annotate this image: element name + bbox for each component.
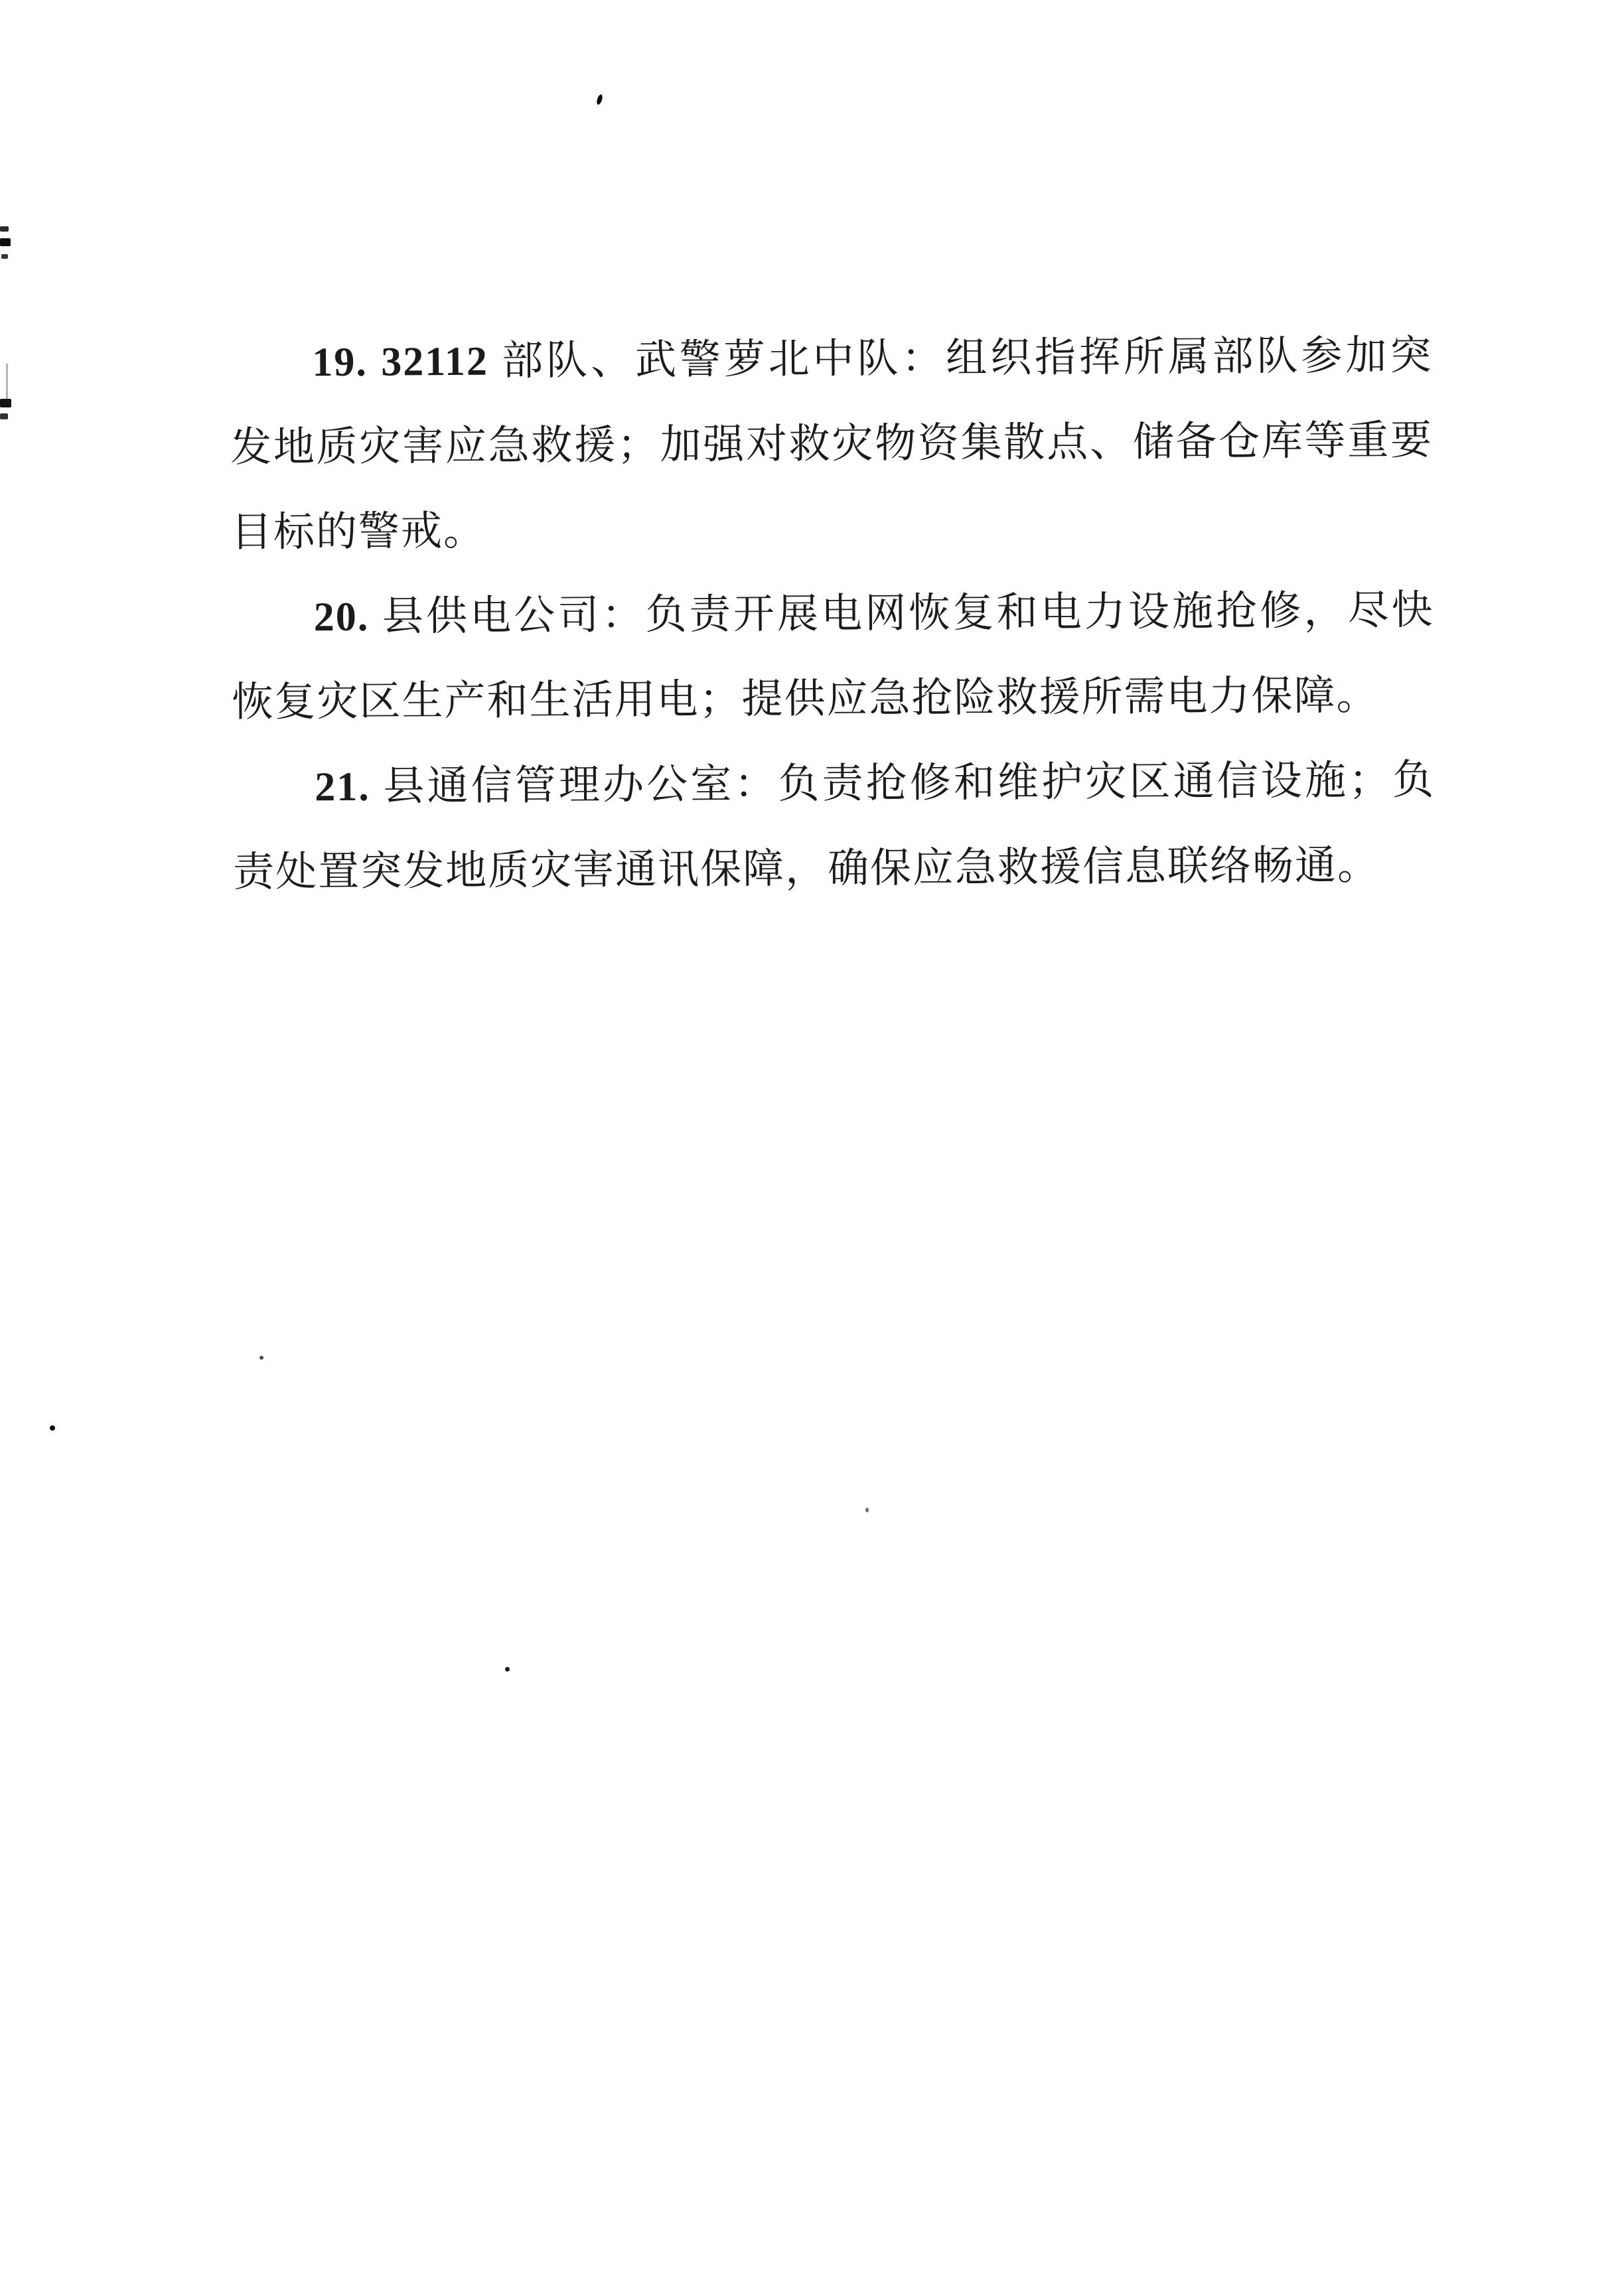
line-text: 目标的警戒。: [231, 509, 486, 555]
paragraph-19-line-1: 19. 32112 部队、武警萝北中队：组织指挥所属部队参加突: [230, 313, 1433, 405]
paragraph-21-line-2: 责处置突发地质灾害通讯保障，确保应急救援信息联络畅通。: [233, 823, 1436, 915]
line-text: 发地质灾害应急救援；加强对救灾物资集散点、储备仓库等重要: [230, 418, 1433, 470]
paragraph-20-line-2: 恢复灾区生产和生活用电；提供应急抢险救援所需电力保障。: [232, 653, 1435, 745]
scan-edge-line: [6, 364, 8, 401]
list-number-21: 21.: [315, 764, 384, 810]
line-text: 部队、武警萝北中队：组织指挥所属部队参加突: [502, 333, 1432, 384]
scan-speck: [259, 1356, 263, 1360]
scan-speck: [50, 1425, 55, 1431]
paragraph-19-line-2: 发地质灾害应急救援；加强对救灾物资集散点、储备仓库等重要: [230, 398, 1433, 490]
scan-speck-top: [596, 94, 604, 105]
scan-edge-mark: [0, 413, 8, 419]
list-number-20: 20.: [314, 595, 383, 640]
scan-edge-mark: [0, 399, 11, 407]
scan-edge-mark: [0, 238, 11, 246]
line-text: 县通信管理办公室：负责抢修和维护灾区通信设施；负: [383, 758, 1435, 810]
paragraph-21-line-1: 21. 县通信管理办公室：负责抢修和维护灾区通信设施；负: [232, 738, 1435, 830]
list-number-19: 19. 32112: [312, 338, 502, 385]
paragraph-20-line-1: 20. 县供电公司：负责开展电网恢复和电力设施抢修，尽快: [231, 568, 1434, 660]
line-text: 责处置突发地质灾害通讯保障，确保应急救援信息联络畅通。: [233, 843, 1380, 895]
paragraph-19-line-3: 目标的警戒。: [231, 483, 1434, 575]
document-body: 19. 32112 部队、武警萝北中队：组织指挥所属部队参加突 发地质灾害应急救…: [230, 313, 1435, 915]
scan-edge-mark: [1, 254, 8, 259]
line-text: 恢复灾区生产和生活用电；提供应急抢险救援所需电力保障。: [232, 673, 1378, 725]
scanned-document-page: 19. 32112 部队、武警萝北中队：组织指挥所属部队参加突 发地质灾害应急救…: [0, 0, 1614, 2296]
scan-speck: [505, 1667, 510, 1672]
line-text: 县供电公司：负责开展电网恢复和电力设施抢修，尽快: [382, 588, 1434, 640]
scan-speck: [865, 1508, 869, 1512]
scan-edge-mark: [0, 226, 9, 232]
